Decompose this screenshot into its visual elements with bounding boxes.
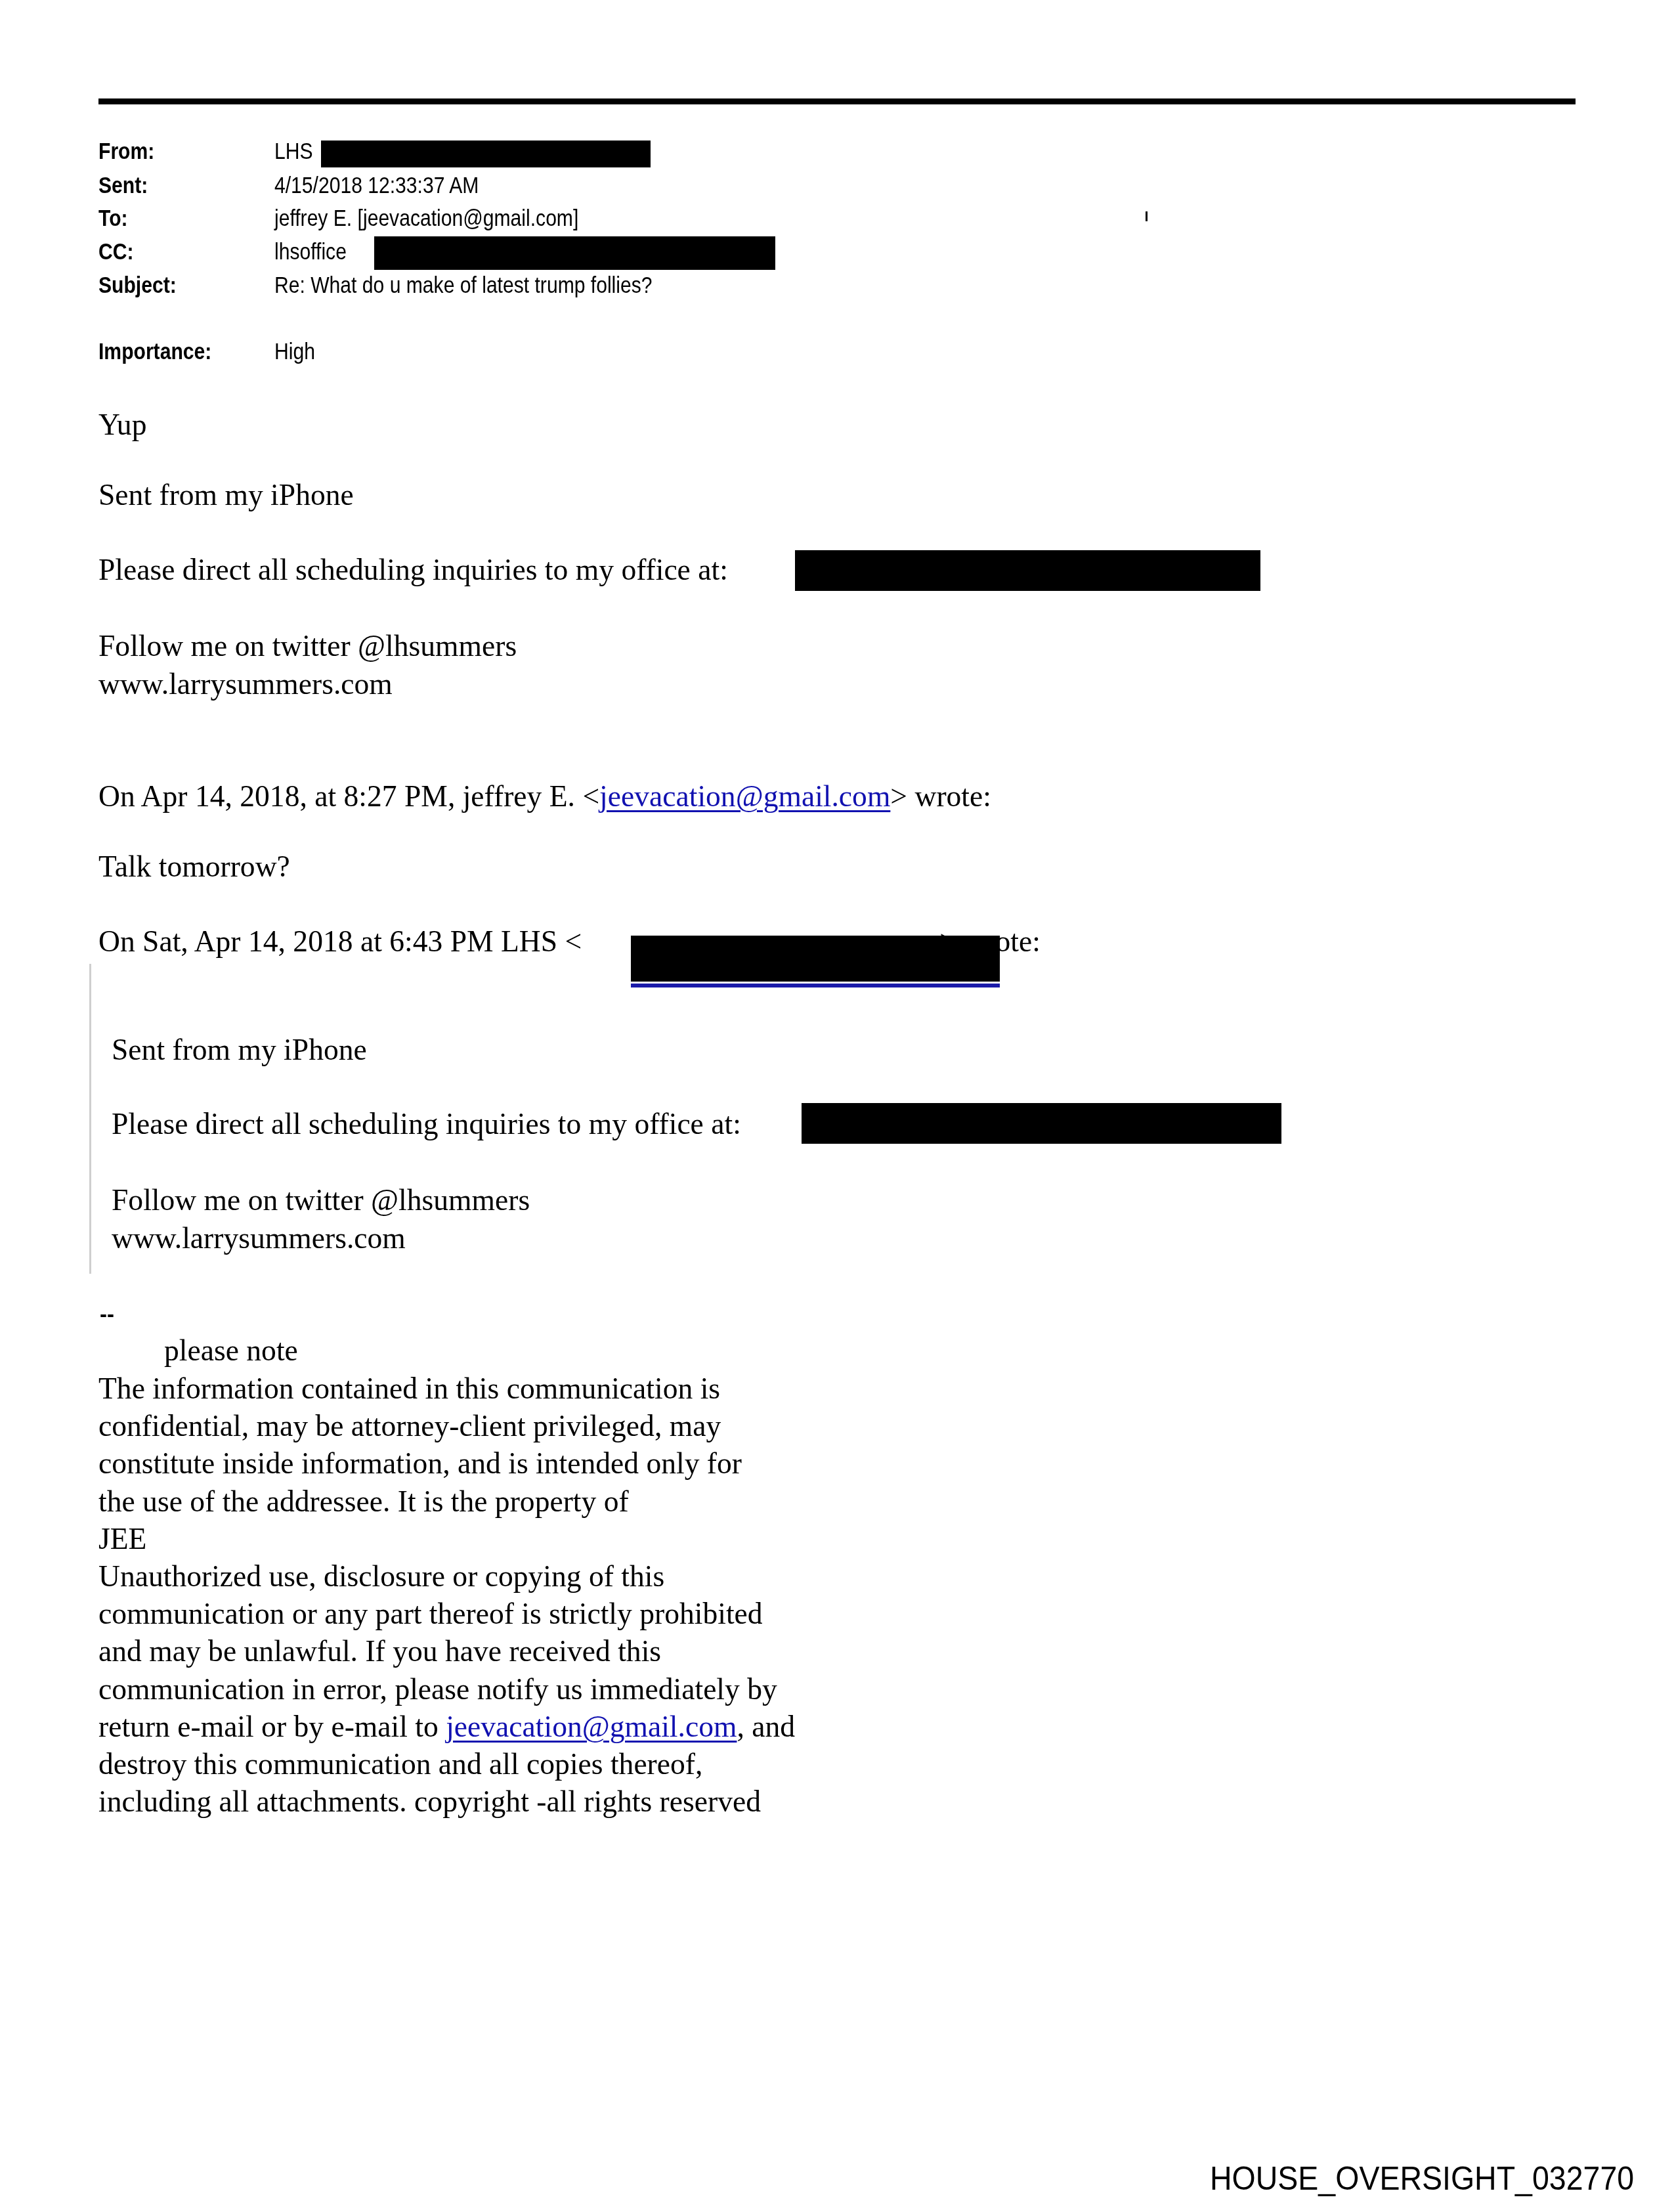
to-value: jeffrey E. [jeevacation@gmail.com]: [274, 202, 578, 235]
quote1-attribution: On Apr 14, 2018, at 8:27 PM, jeffrey E. …: [98, 778, 991, 815]
subject-value: Re: What do u make of latest trump folli…: [274, 269, 653, 302]
disclaimer-line: constitute inside information, and is in…: [98, 1445, 742, 1483]
quote1-email-link[interactable]: jeevacation@gmail.com: [599, 779, 890, 813]
disclaimer-line: destroy this communication and all copie…: [98, 1746, 702, 1783]
disclaimer-line: and may be unlawful. If you have receive…: [98, 1633, 661, 1670]
disclaimer-separator: --: [100, 1296, 114, 1334]
from-redaction: [321, 141, 651, 167]
disclaimer-email-link[interactable]: jeevacation@gmail.com: [446, 1710, 737, 1744]
disclaimer-line: including all attachments. copyright -al…: [98, 1783, 761, 1821]
disclaimer-heading: please note: [164, 1332, 298, 1370]
disclaimer-email-suffix: , and: [737, 1710, 795, 1744]
from-label: From:: [98, 135, 154, 168]
quoted-signature-scheduling: Please direct all scheduling inquiries t…: [112, 1106, 741, 1143]
quote2-email-link-underline[interactable]: [631, 984, 1000, 987]
subject-label: Subject:: [98, 269, 177, 302]
quoted-office-redaction: [802, 1103, 1281, 1144]
disclaimer-line: communication or any part thereof is str…: [98, 1595, 763, 1633]
sent-value: 4/15/2018 12:33:37 AM: [274, 169, 479, 202]
to-label: To:: [98, 202, 128, 235]
signature-scheduling: Please direct all scheduling inquiries t…: [98, 552, 728, 589]
from-value: LHS: [274, 135, 313, 168]
disclaimer-line: Unauthorized use, disclosure or copying …: [98, 1558, 664, 1595]
quote1-attribution-prefix: On Apr 14, 2018, at 8:27 PM, jeffrey E. …: [98, 779, 599, 813]
office-redaction: [795, 550, 1260, 591]
header-rule: [98, 98, 1576, 104]
cc-redaction: [374, 236, 775, 270]
disclaimer-line: The information contained in this commun…: [98, 1370, 720, 1408]
signature-website: www.larrysummers.com: [98, 666, 393, 703]
bates-number: HOUSE_OVERSIGHT_032770: [1210, 2159, 1634, 2198]
importance-value: High: [274, 336, 315, 368]
disclaimer-line: confidential, may be attorney-client pri…: [98, 1408, 721, 1445]
disclaimer-line: the use of the addressee. It is the prop…: [98, 1483, 629, 1521]
quote2-attribution-prefix: On Sat, Apr 14, 2018 at 6:43 PM LHS <: [98, 924, 582, 959]
cc-value: lhsoffice: [274, 236, 347, 269]
quoted-signature-website: www.larrysummers.com: [112, 1220, 406, 1257]
signature-sent-from: Sent from my iPhone: [98, 477, 354, 514]
scan-mark: [1146, 211, 1148, 221]
cc-label: CC:: [98, 236, 134, 269]
disclaimer-line: communication in error, please notify us…: [98, 1671, 777, 1708]
disclaimer-email-line: return e-mail or by e-mail to jeevacatio…: [98, 1708, 795, 1746]
quoted-signature-twitter: Follow me on twitter @lhsummers: [112, 1182, 530, 1219]
disclaimer-email-prefix: return e-mail or by e-mail to: [98, 1710, 446, 1744]
quote-border: [89, 964, 91, 1274]
quote2-email-redaction: [631, 936, 1000, 982]
quote1-attribution-suffix: > wrote:: [890, 779, 991, 813]
quote1-text: Talk tomorrow?: [98, 848, 290, 886]
signature-twitter: Follow me on twitter @lhsummers: [98, 628, 517, 665]
sent-label: Sent:: [98, 169, 148, 202]
reply-text: Yup: [98, 406, 146, 444]
disclaimer-line: JEE: [98, 1521, 146, 1558]
importance-label: Importance:: [98, 336, 211, 368]
quoted-signature-sent-from: Sent from my iPhone: [112, 1031, 367, 1069]
